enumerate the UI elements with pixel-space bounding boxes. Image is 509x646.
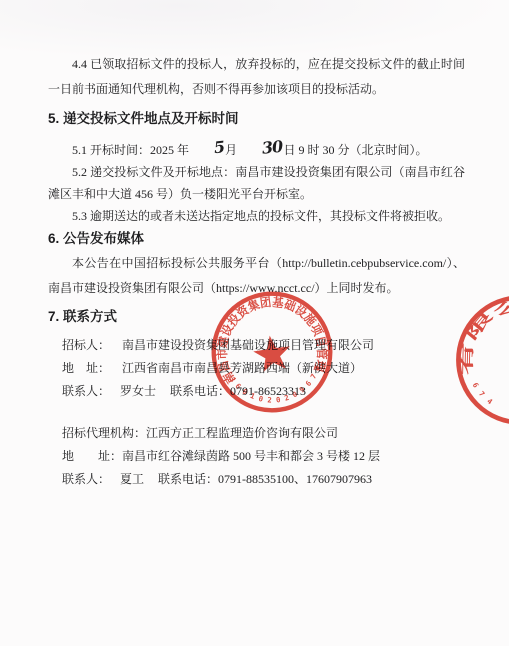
agency-phone: 0791-88535100、17607907963 — [218, 471, 372, 487]
heading-section5-submission-place-time: 5. 递交投标文件地点及开标时间 — [48, 110, 465, 127]
para-4-4-withdrawal-notice: 4.4 已领取招标文件的投标人，放弃投标的，应在提交投标文件的截止时间一日前书面… — [48, 52, 465, 102]
agency-address-row: 地 址： 南昌市红谷滩绿茵路 500 号丰和都会 3 号楼 12 层 — [48, 448, 465, 464]
agency-contact-label: 联系人： — [62, 471, 110, 487]
heading-section6-announcement-media: 6. 公告发布媒体 — [48, 230, 465, 247]
tenderer-phone: 0791-86523313 — [230, 383, 306, 399]
heading-section7-contact-info: 7. 联系方式 — [48, 308, 465, 325]
tenderer-contact-row: 联系人： 罗女士 联系电话： 0791-86523313 — [48, 383, 465, 399]
tenderer-name: 南昌市建设投资集团基础设施项目管理有限公司 — [122, 337, 374, 353]
agency-contact-block: 招标代理机构： 江西方正工程监理造价咨询有限公司 地 址： 南昌市红谷滩绿茵路 … — [48, 425, 465, 487]
p51-mid: 月 — [225, 143, 237, 157]
agency-address: 南昌市红谷滩绿茵路 500 号丰和都会 3 号楼 12 层 — [122, 448, 380, 464]
p51-suffix: 日 9 时 30 分（北京时间）。 — [283, 143, 427, 157]
p51-prefix: 5.1 开标时间：2025 年 — [72, 143, 189, 157]
agency-address-label: 地 址： — [62, 448, 122, 464]
scanned-tender-document-page: 4.4 已领取招标文件的投标人，放弃投标的，应在提交投标文件的截止时间一日前书面… — [0, 0, 509, 646]
tenderer-contact-block: 招标人： 南昌市建设投资集团基础设施项目管理有限公司 地 址： 江西省南昌市南昌… — [48, 337, 465, 399]
agency-phone-label: 联系电话： — [158, 471, 218, 487]
handwritten-day: 30 — [236, 136, 284, 163]
agency-contact-row: 联系人： 夏工 联系电话： 0791-88535100、17607907963 — [48, 471, 465, 487]
agency-name: 江西方正工程监理造价咨询有限公司 — [146, 425, 338, 441]
para-5-1-bid-opening-time: 5.1 开标时间：2025 年5月30日 9 时 30 分（北京时间）。 — [48, 138, 465, 161]
tenderer-name-row: 招标人： 南昌市建设投资集团基础设施项目管理有限公司 — [48, 337, 465, 353]
tenderer-address-label: 地 址： — [62, 360, 110, 376]
tenderer-address-row: 地 址： 江西省南昌市南昌县芳湖路西端（新洪大道） — [48, 360, 465, 376]
para-5-2-submission-location: 5.2 递交投标文件及开标地点：南昌市建设投资集团有限公司（南昌市红谷滩区丰和中… — [48, 161, 465, 205]
para-6-publication-platforms: 本公告在中国招标投标公共服务平台（http://bulletin.cebpubs… — [48, 251, 465, 301]
agency-name-row: 招标代理机构： 江西方正工程监理造价咨询有限公司 — [48, 425, 465, 441]
tenderer-phone-label: 联系电话： — [170, 383, 230, 399]
tenderer-contact-name: 罗女士 — [120, 383, 156, 399]
tenderer-address: 江西省南昌市南昌县芳湖路西端（新洪大道） — [122, 360, 362, 376]
tenderer-contact-label: 联系人： — [62, 383, 110, 399]
document-body: 4.4 已领取招标文件的投标人，放弃投标的，应在提交投标文件的截止时间一日前书面… — [0, 0, 509, 487]
handwritten-month: 5 — [188, 136, 226, 162]
agency-contact-name: 夏工 — [120, 471, 144, 487]
agency-label: 招标代理机构： — [62, 425, 146, 441]
para-5-3-late-delivery-rejected: 5.3 逾期送达的或者未送达指定地点的投标文件，其投标文件将被拒收。 — [48, 205, 465, 227]
tenderer-label: 招标人： — [62, 337, 110, 353]
